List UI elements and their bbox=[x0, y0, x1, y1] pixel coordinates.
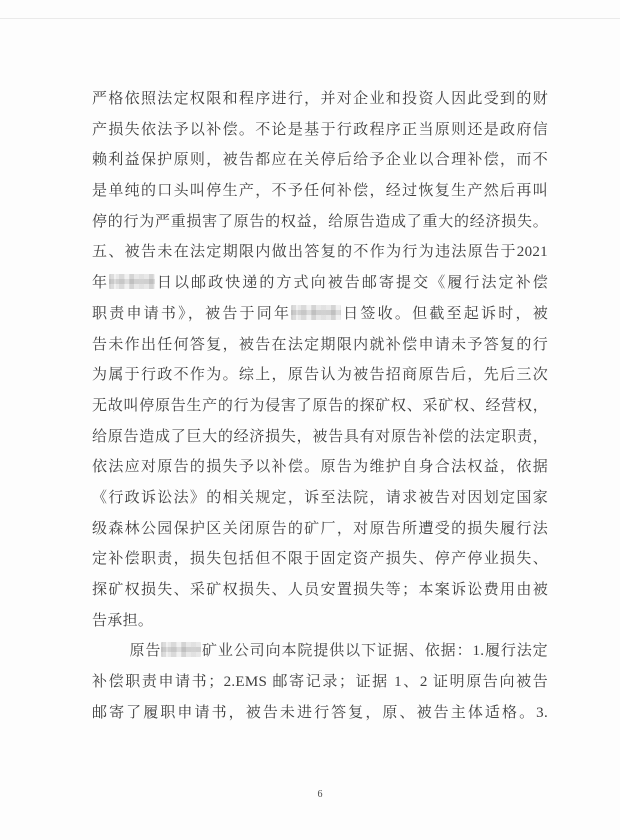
text-run: 原告 bbox=[130, 643, 162, 659]
text-line: 邮寄了履职申请书，被告未进行答复，原、被告主体适格。3. bbox=[92, 698, 548, 729]
text-run: 给原告造成了巨大的经济损失，被告具有对原告补偿的法定职责， bbox=[92, 429, 548, 445]
text-run: 日以邮政快递的方式向被告邮寄提交《履行法定补偿 bbox=[155, 275, 548, 291]
text-line: 告未作出任何答复，被告在法定期限内就补偿申请未予答复的行 bbox=[92, 330, 548, 361]
text-run: 补偿职责申请书；2.EMS 邮寄记录；证据 1、2 证明原告向被告 bbox=[92, 674, 548, 690]
text-line: 给原告造成了巨大的经济损失，被告具有对原告补偿的法定职责， bbox=[92, 422, 548, 453]
text-line: 定补偿职责，损失包括但不限于固定资产损失、停产停业损失、 bbox=[92, 544, 548, 575]
text-run: 依法应对原告的损失予以补偿。原告为维护自身合法权益，依据 bbox=[92, 459, 548, 475]
text-run: 告承担。 bbox=[92, 613, 153, 629]
text-line: 依法应对原告的损失予以补偿。原告为维护自身合法权益，依据 bbox=[92, 452, 548, 483]
text-run: 产损失依法予以补偿。不论是基于行政程序正当原则还是政府信 bbox=[92, 122, 548, 138]
text-line: 产损失依法予以补偿。不论是基于行政程序正当原则还是政府信 bbox=[92, 115, 548, 146]
text-line: 级森林公园保护区关闭原告的矿厂，对原告所遭受的损失履行法 bbox=[92, 514, 548, 545]
page-number: 6 bbox=[92, 789, 548, 800]
text-run: 定补偿职责，损失包括但不限于固定资产损失、停产停业损失、 bbox=[92, 551, 548, 567]
text-run: 停的行为严重损害了原告的权益，给原告造成了重大的经济损失。 bbox=[92, 214, 548, 230]
text-run: 邮寄了履职申请书，被告未进行答复，原、被告主体适格。3. bbox=[92, 705, 548, 721]
redaction-mosaic bbox=[109, 274, 155, 289]
text-run: 探矿权损失、采矿权损失、人员安置损失等；本案诉讼费用由被 bbox=[92, 582, 548, 598]
redaction-mosaic bbox=[291, 305, 341, 320]
text-run: 年 bbox=[92, 275, 109, 291]
text-run: 矿业公司向本院提供以下证据、依据：1.履行法定 bbox=[201, 643, 548, 659]
text-run: 是单纯的口头叫停生产，不予任何补偿，经过恢复生产然后再叫 bbox=[92, 183, 548, 199]
text-line: 原告矿业公司向本院提供以下证据、依据：1.履行法定 bbox=[92, 636, 548, 667]
text-run: 为属于行政不作为。综上，原告认为被告招商原告后，先后三次 bbox=[92, 367, 548, 383]
text-line: 赖利益保护原则，被告都应在关停后给予企业以合理补偿，而不 bbox=[92, 145, 548, 176]
text-run: 无故叫停原告生产的行为侵害了原告的探矿权、采矿权、经营权， bbox=[92, 398, 548, 414]
text-run: 职责申请书》，被告于同年 bbox=[92, 306, 291, 322]
text-line: 《行政诉讼法》的相关规定，诉至法院，请求被告对因划定国家 bbox=[92, 483, 548, 514]
text-line: 无故叫停原告生产的行为侵害了原告的探矿权、采矿权、经营权， bbox=[92, 391, 548, 422]
text-line: 严格依照法定权限和程序进行，并对企业和投资人因此受到的财 bbox=[92, 84, 548, 115]
text-run: 日签收。但截至起诉时，被 bbox=[341, 306, 548, 322]
text-run: 《行政诉讼法》的相关规定，诉至法院，请求被告对因划定国家 bbox=[92, 490, 548, 506]
text-run: 五、被告未在法定期限内做出答复的不作为行为违法原告于2021 bbox=[92, 244, 548, 260]
text-line: 探矿权损失、采矿权损失、人员安置损失等；本案诉讼费用由被 bbox=[92, 575, 548, 606]
text-line: 五、被告未在法定期限内做出答复的不作为行为违法原告于2021 bbox=[92, 237, 548, 268]
text-line: 是单纯的口头叫停生产，不予任何补偿，经过恢复生产然后再叫 bbox=[92, 176, 548, 207]
text-line: 补偿职责申请书；2.EMS 邮寄记录；证据 1、2 证明原告向被告 bbox=[92, 667, 548, 698]
text-run: 赖利益保护原则，被告都应在关停后给予企业以合理补偿，而不 bbox=[92, 152, 548, 168]
text-run: 级森林公园保护区关闭原告的矿厂，对原告所遭受的损失履行法 bbox=[92, 521, 548, 537]
text-run: 告未作出任何答复，被告在法定期限内就补偿申请未予答复的行 bbox=[92, 337, 548, 353]
redaction-mosaic bbox=[161, 642, 201, 657]
text-line: 职责申请书》，被告于同年日签收。但截至起诉时，被 bbox=[92, 299, 548, 330]
scan-artifact-line bbox=[0, 18, 620, 19]
text-line: 停的行为严重损害了原告的权益，给原告造成了重大的经济损失。 bbox=[92, 207, 548, 238]
text-line: 年日以邮政快递的方式向被告邮寄提交《履行法定补偿 bbox=[92, 268, 548, 299]
text-line: 告承担。 bbox=[92, 606, 548, 637]
text-line: 为属于行政不作为。综上，原告认为被告招商原告后，先后三次 bbox=[92, 360, 548, 391]
document-text-block: 严格依照法定权限和程序进行，并对企业和投资人因此受到的财产损失依法予以补偿。不论… bbox=[92, 84, 548, 728]
text-run: 严格依照法定权限和程序进行，并对企业和投资人因此受到的财 bbox=[92, 91, 548, 107]
